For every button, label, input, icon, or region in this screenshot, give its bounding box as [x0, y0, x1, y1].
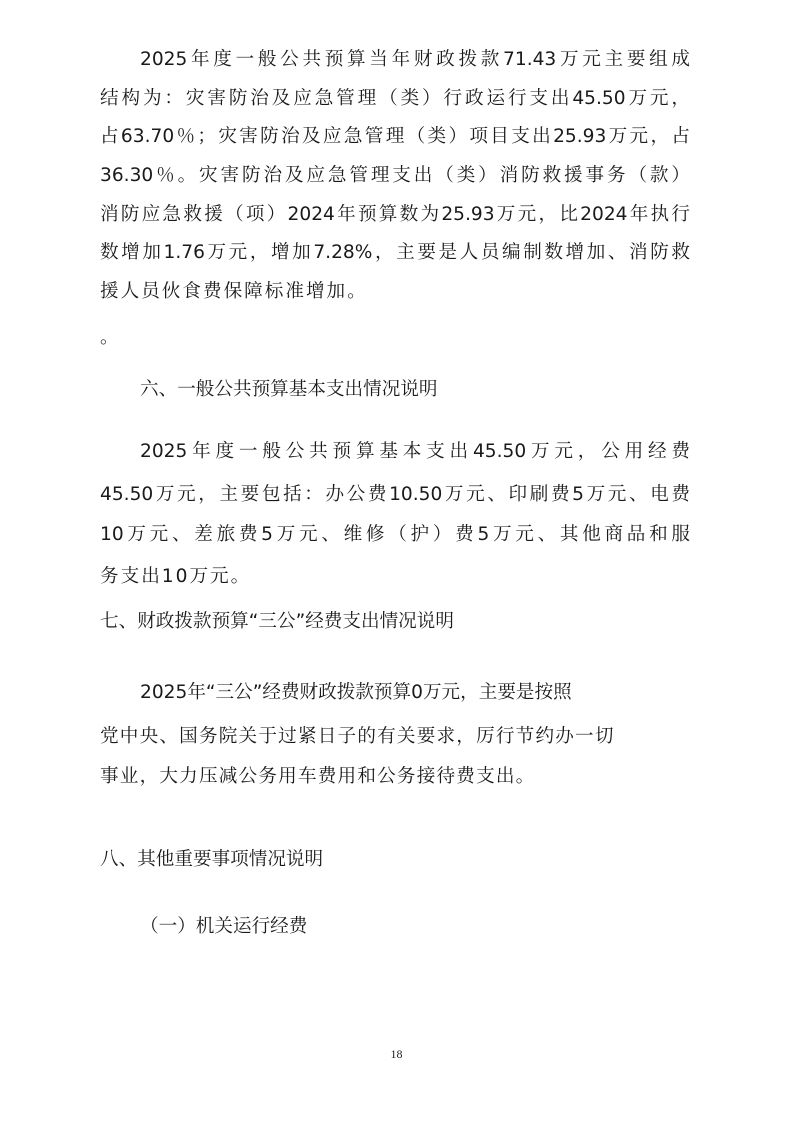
paragraph-line: 结构为：灾害防治及应急管理（类）行政运行支出45.50万元，: [100, 87, 690, 111]
section-heading-6: 六、一般公共预算基本支出情况说明: [140, 378, 438, 402]
paragraph-line: 2025年“三公”经费财政拨款预算0万元，主要是按照: [140, 681, 572, 705]
section-heading-7: 七、财政拨款预算“三公”经费支出情况说明: [100, 610, 454, 634]
page-number: 18: [0, 1047, 793, 1062]
paragraph-line: 占63.70％；灾害防治及应急管理（类）项目支出25.93万元，占: [100, 125, 690, 149]
paragraph-line: 务支出10万元。: [100, 565, 251, 589]
paragraph-line: 2025年度一般公共预算基本支出45.50万元，公用经费: [140, 440, 690, 464]
paragraph-line: 36.30％。灾害防治及应急管理支出（类）消防救援事务（款）: [100, 164, 690, 188]
paragraph-line: 事业，大力压减公务用车费用和公务接待费支出。: [100, 765, 535, 789]
stray-punctuation: 。: [100, 326, 119, 350]
paragraph-line: 45.50万元，主要包括：办公费10.50万元、印刷费5万元、电费: [100, 483, 690, 507]
paragraph-line: 援人员伙食费保障标准增加。: [100, 280, 368, 304]
paragraph-line: 数增加1.76万元，增加7.28%，主要是人员编制数增加、消防救: [100, 241, 690, 265]
paragraph-line: 党中央、国务院关于过紧日子的有关要求，厉行节约办一切: [100, 725, 615, 749]
paragraph-line: 2025年度一般公共预算当年财政拨款71.43万元主要组成: [140, 48, 690, 72]
paragraph-line: 10万元、差旅费5万元、维修（护）费5万元、其他商品和服: [100, 523, 690, 547]
section-heading-8: 八、其他重要事项情况说明: [100, 848, 323, 872]
paragraph-line: 消防应急救援（项）2024年预算数为25.93万元，比2024年执行: [100, 203, 690, 227]
subsection-heading: （一）机关运行经费: [140, 915, 307, 939]
